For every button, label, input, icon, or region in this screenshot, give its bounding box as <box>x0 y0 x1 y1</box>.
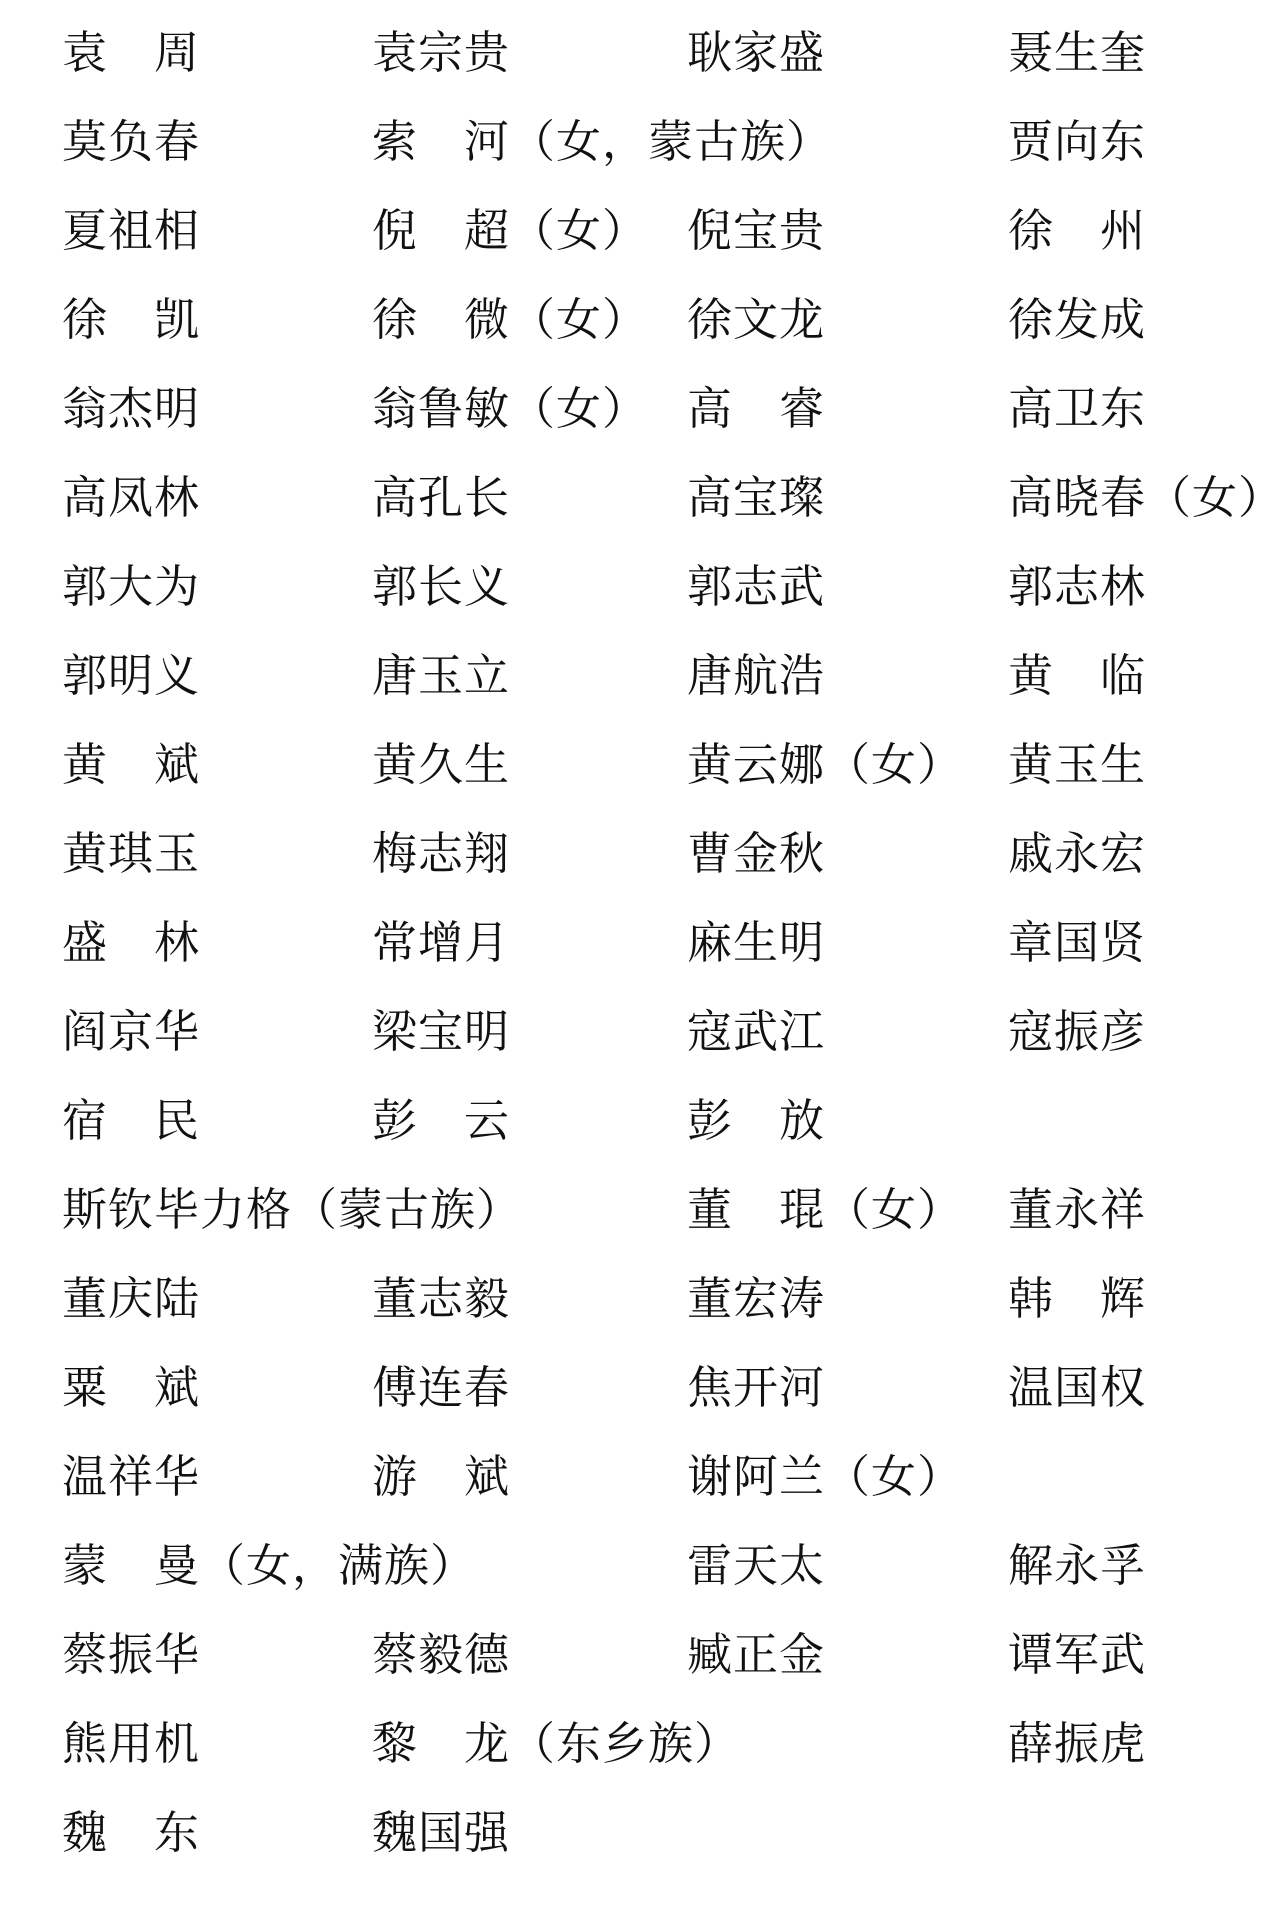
name-row: 莫负春索 河（女，蒙古族）贾向东 <box>0 117 1280 177</box>
name-cell: 黄玉生 <box>1008 740 1146 792</box>
name-cell: 高卫东 <box>1008 384 1146 436</box>
name-cell: 曹金秋 <box>687 829 825 881</box>
name-cell: 高孔长 <box>372 473 510 525</box>
name-cell: 彭 放 <box>687 1096 825 1148</box>
name-cell: 董宏涛 <box>687 1274 825 1326</box>
name-cell: 斯钦毕力格（蒙古族） <box>62 1185 522 1237</box>
name-row: 董庆陆董志毅董宏涛韩 辉 <box>0 1274 1280 1334</box>
name-row: 高凤林高孔长高宝璨高晓春（女） <box>0 473 1280 533</box>
name-cell: 徐文龙 <box>687 295 825 347</box>
name-row: 熊用机黎 龙（东乡族）薛振虎 <box>0 1719 1280 1779</box>
name-row: 盛 林常增月麻生明章国贤 <box>0 918 1280 978</box>
name-cell: 高 睿 <box>687 384 825 436</box>
name-row: 蔡振华蔡毅德臧正金谭军武 <box>0 1630 1280 1690</box>
name-row: 温祥华游 斌谢阿兰（女） <box>0 1452 1280 1512</box>
name-cell: 解永孚 <box>1008 1541 1146 1593</box>
name-cell: 郭明义 <box>62 651 200 703</box>
name-cell: 戚永宏 <box>1008 829 1146 881</box>
name-cell: 郭长义 <box>372 562 510 614</box>
name-cell: 袁 周 <box>62 28 200 80</box>
name-cell: 徐 微（女） <box>372 295 648 347</box>
name-cell: 董庆陆 <box>62 1274 200 1326</box>
name-row: 宿 民彭 云彭 放 <box>0 1096 1280 1156</box>
name-row: 袁 周袁宗贵耿家盛聂生奎 <box>0 28 1280 88</box>
name-cell: 郭大为 <box>62 562 200 614</box>
name-row: 夏祖相倪 超（女）倪宝贵徐 州 <box>0 206 1280 266</box>
name-cell: 粟 斌 <box>62 1363 200 1415</box>
name-row: 斯钦毕力格（蒙古族）董 琨（女）董永祥 <box>0 1185 1280 1245</box>
name-cell: 莫负春 <box>62 117 200 169</box>
name-cell: 索 河（女，蒙古族） <box>372 117 832 169</box>
name-cell: 熊用机 <box>62 1719 200 1771</box>
name-cell: 寇武江 <box>687 1007 825 1059</box>
name-cell: 麻生明 <box>687 918 825 970</box>
name-cell: 盛 林 <box>62 918 200 970</box>
name-cell: 薛振虎 <box>1008 1719 1146 1771</box>
name-cell: 翁杰明 <box>62 384 200 436</box>
name-cell: 焦开河 <box>687 1363 825 1415</box>
name-cell: 魏 东 <box>62 1808 200 1860</box>
name-cell: 蒙 曼（女，满族） <box>62 1541 476 1593</box>
name-row: 黄 斌黄久生黄云娜（女）黄玉生 <box>0 740 1280 800</box>
name-cell: 倪宝贵 <box>687 206 825 258</box>
name-cell: 梅志翔 <box>372 829 510 881</box>
name-cell: 彭 云 <box>372 1096 510 1148</box>
name-cell: 高宝璨 <box>687 473 825 525</box>
name-cell: 傅连春 <box>372 1363 510 1415</box>
name-cell: 袁宗贵 <box>372 28 510 80</box>
name-cell: 常增月 <box>372 918 510 970</box>
name-cell: 阎京华 <box>62 1007 200 1059</box>
name-cell: 耿家盛 <box>687 28 825 80</box>
name-cell: 黎 龙（东乡族） <box>372 1719 740 1771</box>
name-cell: 唐航浩 <box>687 651 825 703</box>
name-row: 郭明义唐玉立唐航浩黄 临 <box>0 651 1280 711</box>
name-cell: 董永祥 <box>1008 1185 1146 1237</box>
name-cell: 董志毅 <box>372 1274 510 1326</box>
name-row: 蒙 曼（女，满族）雷天太解永孚 <box>0 1541 1280 1601</box>
name-cell: 聂生奎 <box>1008 28 1146 80</box>
name-cell: 郭志武 <box>687 562 825 614</box>
name-cell: 魏国强 <box>372 1808 510 1860</box>
name-cell: 高晓春（女） <box>1008 473 1280 525</box>
name-cell: 蔡振华 <box>62 1630 200 1682</box>
name-cell: 游 斌 <box>372 1452 510 1504</box>
name-row: 徐 凯徐 微（女）徐文龙徐发成 <box>0 295 1280 355</box>
name-row: 郭大为郭长义郭志武郭志林 <box>0 562 1280 622</box>
name-cell: 温国权 <box>1008 1363 1146 1415</box>
name-cell: 唐玉立 <box>372 651 510 703</box>
name-cell: 宿 民 <box>62 1096 200 1148</box>
name-cell: 黄云娜（女） <box>687 740 963 792</box>
name-cell: 寇振彦 <box>1008 1007 1146 1059</box>
name-cell: 谢阿兰（女） <box>687 1452 963 1504</box>
name-cell: 臧正金 <box>687 1630 825 1682</box>
name-cell: 雷天太 <box>687 1541 825 1593</box>
name-cell: 徐发成 <box>1008 295 1146 347</box>
name-row: 黄琪玉梅志翔曹金秋戚永宏 <box>0 829 1280 889</box>
name-cell: 黄 临 <box>1008 651 1146 703</box>
name-cell: 谭军武 <box>1008 1630 1146 1682</box>
name-cell: 徐 凯 <box>62 295 200 347</box>
name-cell: 温祥华 <box>62 1452 200 1504</box>
name-cell: 黄 斌 <box>62 740 200 792</box>
name-cell: 章国贤 <box>1008 918 1146 970</box>
name-cell: 郭志林 <box>1008 562 1146 614</box>
name-cell: 高凤林 <box>62 473 200 525</box>
name-row: 粟 斌傅连春焦开河温国权 <box>0 1363 1280 1423</box>
name-cell: 梁宝明 <box>372 1007 510 1059</box>
name-cell: 蔡毅德 <box>372 1630 510 1682</box>
name-row: 阎京华梁宝明寇武江寇振彦 <box>0 1007 1280 1067</box>
name-cell: 黄琪玉 <box>62 829 200 881</box>
name-cell: 夏祖相 <box>62 206 200 258</box>
name-cell: 黄久生 <box>372 740 510 792</box>
name-row: 翁杰明翁鲁敏（女）高 睿高卫东 <box>0 384 1280 444</box>
name-row: 魏 东魏国强 <box>0 1808 1280 1868</box>
name-cell: 徐 州 <box>1008 206 1146 258</box>
name-cell: 董 琨（女） <box>687 1185 963 1237</box>
name-cell: 倪 超（女） <box>372 206 648 258</box>
document-page: 袁 周袁宗贵耿家盛聂生奎莫负春索 河（女，蒙古族）贾向东夏祖相倪 超（女）倪宝贵… <box>0 0 1280 1905</box>
name-cell: 贾向东 <box>1008 117 1146 169</box>
name-cell: 韩 辉 <box>1008 1274 1146 1326</box>
name-cell: 翁鲁敏（女） <box>372 384 648 436</box>
